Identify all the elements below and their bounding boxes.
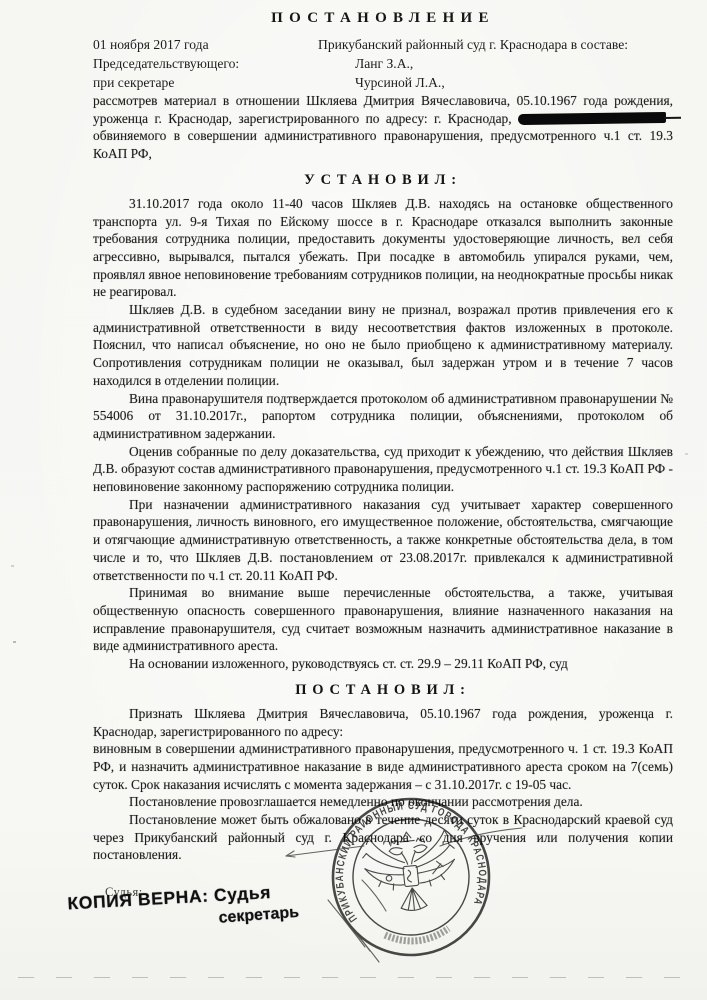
paragraph-conclusion: Принимая во внимание выше перечисленные … — [93, 584, 673, 655]
document-title: ПОСТАНОВЛЕНИЕ — [93, 10, 673, 27]
paragraph-legal-basis: На основании изложенного, руководствуясь… — [93, 655, 673, 673]
paragraph-appeal: Постановление может быть обжаловано в те… — [93, 811, 673, 864]
header-row-secretary: при секретаре Чурсиной Л.А., — [93, 73, 673, 92]
paragraph-ruling-person: Признать Шкляева Дмитрия Вячеславовича, … — [93, 705, 673, 740]
redaction-bar — [518, 112, 666, 125]
header-row-date-court: 01 ноября 2017 года Прикубанский районны… — [93, 35, 673, 54]
intro-paragraph: рассмотрев материал в отношении Шкляева … — [93, 92, 673, 163]
header-secretary-name: Чурсиной Л.А., — [318, 73, 673, 92]
paragraph-immediate-effect: Постановление провозглашается немедленно… — [93, 793, 673, 811]
heading-ustanovil: УСТАНОВИЛ: — [93, 172, 673, 189]
header-date: 01 ноября 2017 года — [93, 35, 318, 54]
copy-stamp-line2: секретарь — [218, 904, 300, 928]
header-judge-name: Ланг З.А., — [318, 54, 673, 73]
paragraph-ruling-penalty: виновным в совершении административного … — [93, 740, 673, 793]
scan-artifact-specks — [13, 641, 16, 643]
paragraph-evidence: Вина правонарушителя подтверждается прот… — [93, 390, 673, 443]
copy-verified-stamp: КОПИЯ ВЕРНА: Судья секретарь — [67, 881, 300, 936]
header-row-presiding: Председательствующего: Ланг З.А., — [93, 54, 673, 73]
footer-signature-block: Судья: КОПИЯ ВЕРНА: Судья секретарь — [93, 880, 673, 970]
heading-postanovil: ПОСТАНОВИЛ: — [93, 682, 673, 699]
header-presiding-label: Председательствующего: — [93, 54, 318, 73]
scan-artifact-line — [18, 977, 693, 978]
header-court-name: Прикубанский районный суд г. Краснодара … — [318, 35, 673, 54]
paragraph-qualification: Оценив собранные по делу доказательства,… — [93, 443, 673, 496]
intro-text-after-redaction: обвиняемого в совершении административно… — [93, 128, 673, 161]
paragraph-facts: 31.10.2017 года около 11-40 часов Шкляев… — [93, 195, 673, 301]
header-secretary-label: при секретаре — [93, 73, 318, 92]
paragraph-sentencing-factors: При назначении административного наказан… — [93, 496, 673, 585]
scanned-court-ruling-page: ПОСТАНОВЛЕНИЕ 01 ноября 2017 года Прикуб… — [0, 0, 707, 1000]
document-body: ПОСТАНОВЛЕНИЕ 01 ноября 2017 года Прикуб… — [93, 8, 673, 970]
paragraph-defendant-position: Шкляев Д.В. в судебном заседании вину не… — [93, 301, 673, 390]
